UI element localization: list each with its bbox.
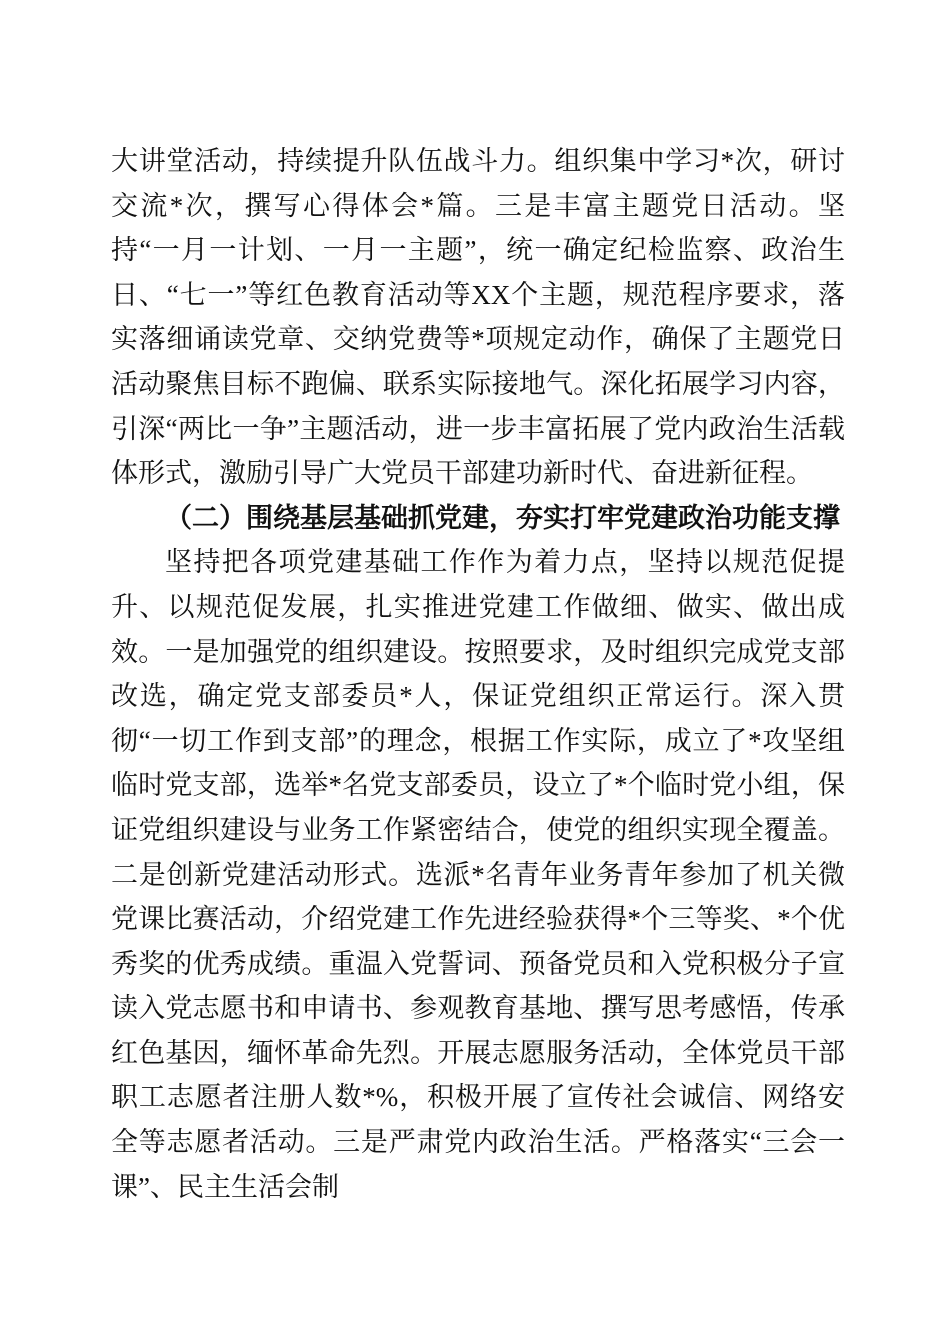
paragraph-continuation: 大讲堂活动，持续提升队伍战斗力。组织集中学习*次，研讨交流*次，撰写心得体会*篇… [111,139,845,496]
document-text-block: 大讲堂活动，持续提升队伍战斗力。组织集中学习*次，研讨交流*次，撰写心得体会*篇… [111,139,845,1209]
paragraph-body: 坚持把各项党建基础工作作为着力点，坚持以规范促提升、以规范促发展，扎实推进党建工… [111,540,845,1209]
section-heading: （二）围绕基层基础抓党建，夯实打牢党建政治功能支撑 [111,496,845,541]
document-page: 大讲堂活动，持续提升队伍战斗力。组织集中学习*次，研讨交流*次，撰写心得体会*篇… [0,0,950,1344]
